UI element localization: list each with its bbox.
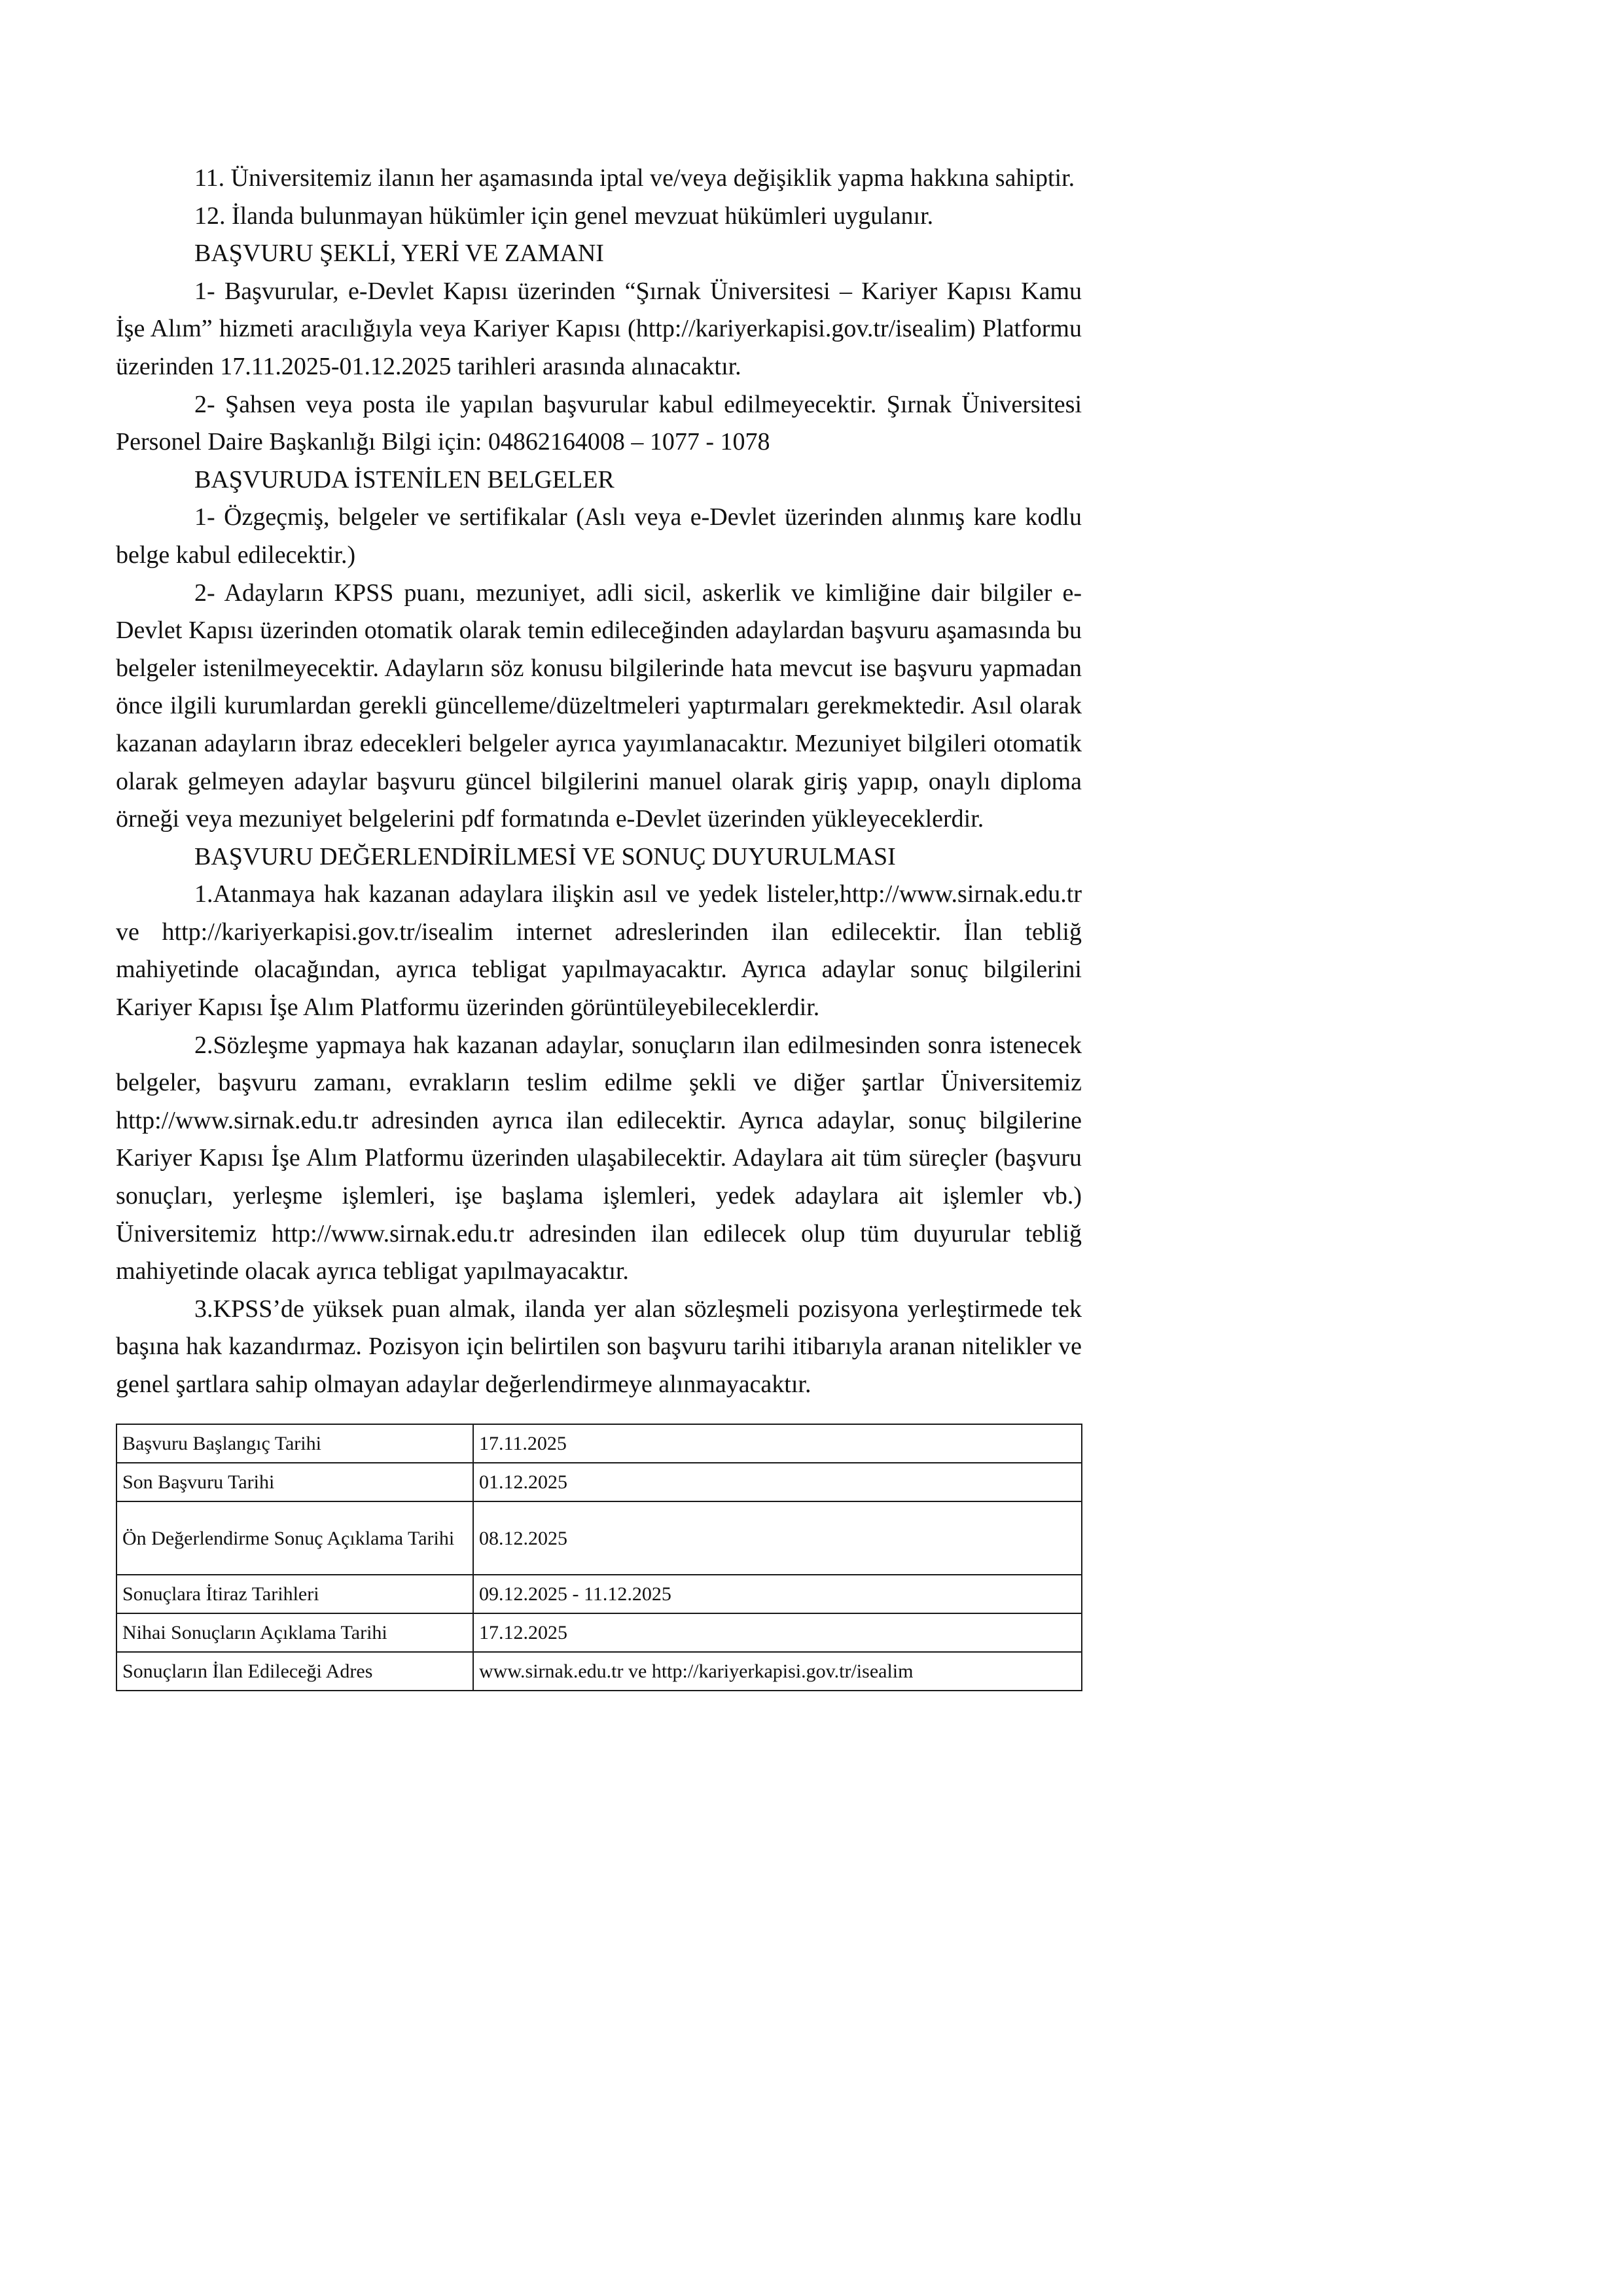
row-label: Sonuçların İlan Edileceği Adres [116,1652,473,1691]
row-label: Son Başvuru Tarihi [116,1463,473,1501]
table-row: Ön Değerlendirme Sonuç Açıklama Tarihi 0… [116,1501,1082,1575]
document-body: 11. Üniversitemiz ilanın her aşamasında … [116,160,1082,1404]
row-value: 17.12.2025 [473,1613,1082,1652]
application-method-paragraph-2: 2- Şahsen veya posta ile yapılan başvuru… [116,386,1082,461]
dates-table: Başvuru Başlangıç Tarihi 17.11.2025 Son … [116,1424,1082,1691]
table-row: Sonuçlara İtiraz Tarihleri 09.12.2025 - … [116,1575,1082,1613]
table-row: Nihai Sonuçların Açıklama Tarihi 17.12.2… [116,1613,1082,1652]
evaluation-paragraph-3: 3.KPSS’de yüksek puan almak, ilanda yer … [116,1291,1082,1404]
evaluation-paragraph-1: 1.Atanmaya hak kazanan adaylara ilişkin … [116,876,1082,1026]
section-heading-evaluation-results: BAŞVURU DEĞERLENDİRİLMESİ VE SONUÇ DUYUR… [116,838,1082,876]
application-method-paragraph-1: 1- Başvurular, e-Devlet Kapısı üzerinden… [116,273,1082,386]
row-label: Başvuru Başlangıç Tarihi [116,1424,473,1463]
row-label: Nihai Sonuçların Açıklama Tarihi [116,1613,473,1652]
evaluation-paragraph-2: 2.Sözleşme yapmaya hak kazanan adaylar, … [116,1027,1082,1291]
row-value: 09.12.2025 - 11.12.2025 [473,1575,1082,1613]
required-documents-paragraph-2: 2- Adayların KPSS puanı, mezuniyet, adli… [116,575,1082,838]
table-row: Son Başvuru Tarihi 01.12.2025 [116,1463,1082,1501]
table-row: Sonuçların İlan Edileceği Adres www.sirn… [116,1652,1082,1691]
item-11: 11. Üniversitemiz ilanın her aşamasında … [116,160,1082,198]
item-12: 12. İlanda bulunmayan hükümler için gene… [116,198,1082,236]
row-value: 01.12.2025 [473,1463,1082,1501]
table-row: Başvuru Başlangıç Tarihi 17.11.2025 [116,1424,1082,1463]
row-value: 08.12.2025 [473,1501,1082,1575]
row-label: Sonuçlara İtiraz Tarihleri [116,1575,473,1613]
section-heading-required-documents: BAŞVURUDA İSTENİLEN BELGELER [116,461,1082,499]
row-label: Ön Değerlendirme Sonuç Açıklama Tarihi [116,1501,473,1575]
required-documents-paragraph-1: 1- Özgeçmiş, belgeler ve sertifikalar (A… [116,499,1082,574]
row-value: 17.11.2025 [473,1424,1082,1463]
row-value: www.sirnak.edu.tr ve http://kariyerkapis… [473,1652,1082,1691]
section-heading-application-method: BAŞVURU ŞEKLİ, YERİ VE ZAMANI [116,235,1082,273]
